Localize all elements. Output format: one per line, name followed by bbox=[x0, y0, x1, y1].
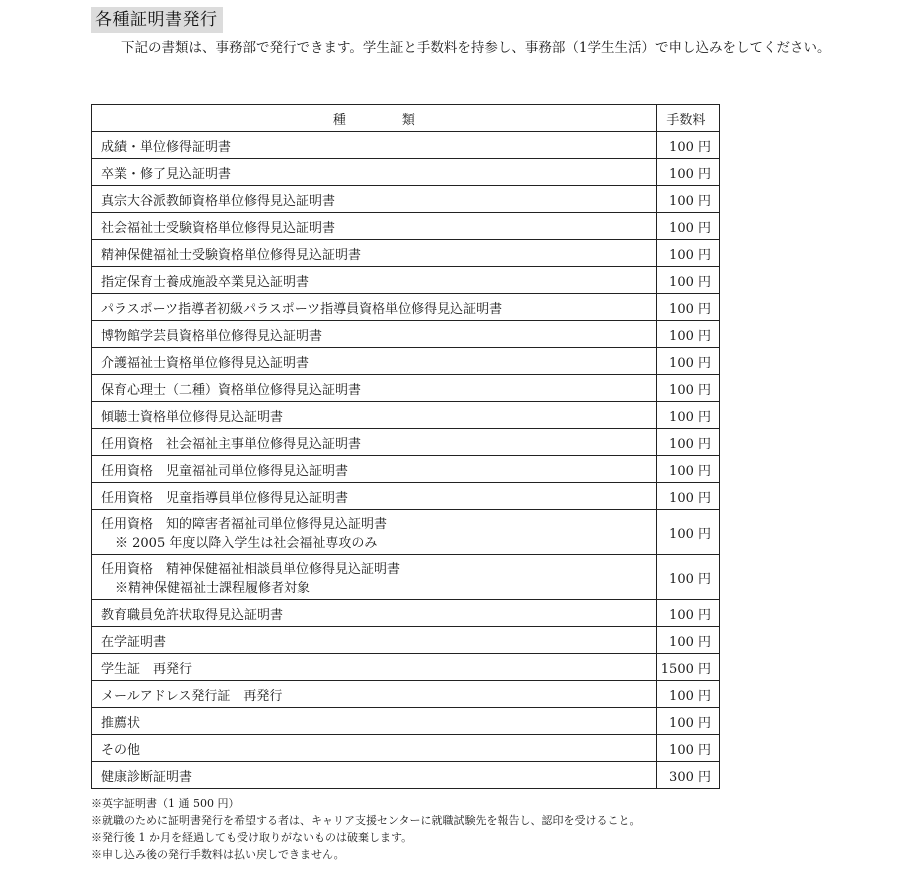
fee-cell: 100 円 bbox=[656, 510, 719, 555]
document-name: その他 bbox=[101, 743, 140, 758]
table-row: メールアドレス発行証 再発行100 円 bbox=[92, 681, 720, 708]
table-row: 任用資格 児童指導員単位修得見込証明書100 円 bbox=[92, 483, 720, 510]
document-name: 精神保健福祉士受験資格単位修得見込証明書 bbox=[101, 248, 361, 263]
table-row: 任用資格 精神保健福祉相談員単位修得見込証明書※精神保健福祉士課程履修者対象10… bbox=[92, 555, 720, 600]
document-name: 推薦状 bbox=[101, 716, 140, 731]
document-type-cell: 卒業・修了見込証明書 bbox=[92, 159, 657, 186]
document-type-cell: 教育職員免許状取得見込証明書 bbox=[92, 600, 657, 627]
document-type-cell: 社会福祉士受験資格単位修得見込証明書 bbox=[92, 213, 657, 240]
document-type-cell: 健康診断証明書 bbox=[92, 762, 657, 789]
header-fee: 手数料 bbox=[656, 105, 719, 132]
document-type-cell: 成績・単位修得証明書 bbox=[92, 132, 657, 159]
document-type-cell: その他 bbox=[92, 735, 657, 762]
fee-cell: 300 円 bbox=[656, 762, 719, 789]
fee-cell: 100 円 bbox=[656, 348, 719, 375]
document-type-cell: メールアドレス発行証 再発行 bbox=[92, 681, 657, 708]
fee-cell: 100 円 bbox=[656, 294, 719, 321]
fee-cell: 100 円 bbox=[656, 735, 719, 762]
table-row: 精神保健福祉士受験資格単位修得見込証明書100 円 bbox=[92, 240, 720, 267]
document-name: 介護福祉士資格単位修得見込証明書 bbox=[101, 356, 309, 371]
table-row: 健康診断証明書300 円 bbox=[92, 762, 720, 789]
fee-cell: 100 円 bbox=[656, 402, 719, 429]
document-name: 保育心理士（二種）資格単位修得見込証明書 bbox=[101, 383, 361, 398]
footnotes: ※英字証明書（1 通 500 円）※就職のために証明書発行を希望する者は、キャリ… bbox=[91, 795, 641, 863]
fee-cell: 100 円 bbox=[656, 267, 719, 294]
document-type-cell: 推薦状 bbox=[92, 708, 657, 735]
fee-cell: 100 円 bbox=[656, 555, 719, 600]
fee-cell: 100 円 bbox=[656, 213, 719, 240]
document-name: メールアドレス発行証 再発行 bbox=[101, 689, 282, 704]
footnote: ※発行後 1 か月を経過しても受け取りがないものは破棄します。 bbox=[91, 829, 641, 846]
intro-text: 下記の書類は、事務部で発行できます。学生証と手数料を持参し、事務部（1学生生活）… bbox=[107, 38, 832, 59]
document-name: パラスポーツ指導者初級パラスポーツ指導員資格単位修得見込証明書 bbox=[101, 302, 502, 317]
document-type-cell: 指定保育士養成施設卒業見込証明書 bbox=[92, 267, 657, 294]
document-name: 学生証 再発行 bbox=[101, 662, 192, 677]
document-type-cell: 保育心理士（二種）資格単位修得見込証明書 bbox=[92, 375, 657, 402]
document-type-cell: 学生証 再発行 bbox=[92, 654, 657, 681]
document-name: 教育職員免許状取得見込証明書 bbox=[101, 608, 283, 623]
document-type-cell: 任用資格 精神保健福祉相談員単位修得見込証明書※精神保健福祉士課程履修者対象 bbox=[92, 555, 657, 600]
fee-cell: 1500 円 bbox=[656, 654, 719, 681]
document-type-cell: 任用資格 児童指導員単位修得見込証明書 bbox=[92, 483, 657, 510]
document-note: ※精神保健福祉士課程履修者対象 bbox=[101, 577, 647, 596]
fee-cell: 100 円 bbox=[656, 708, 719, 735]
document-name: 在学証明書 bbox=[101, 635, 166, 650]
document-name: 卒業・修了見込証明書 bbox=[101, 167, 231, 182]
table-row: 社会福祉士受験資格単位修得見込証明書100 円 bbox=[92, 213, 720, 240]
document-note: ※ 2005 年度以降入学生は社会福祉専攻のみ bbox=[101, 532, 647, 551]
table-row: 任用資格 知的障害者福祉司単位修得見込証明書※ 2005 年度以降入学生は社会福… bbox=[92, 510, 720, 555]
table-row: 成績・単位修得証明書100 円 bbox=[92, 132, 720, 159]
table-row: 博物館学芸員資格単位修得見込証明書100 円 bbox=[92, 321, 720, 348]
document-name: 成績・単位修得証明書 bbox=[101, 140, 231, 155]
table-row: 推薦状100 円 bbox=[92, 708, 720, 735]
footnote: ※申し込み後の発行手数料は払い戻しできません。 bbox=[91, 846, 641, 863]
document-type-cell: 博物館学芸員資格単位修得見込証明書 bbox=[92, 321, 657, 348]
fee-table: 種類 手数料 成績・単位修得証明書100 円卒業・修了見込証明書100 円真宗大… bbox=[91, 104, 720, 789]
document-type-cell: 任用資格 社会福祉主事単位修得見込証明書 bbox=[92, 429, 657, 456]
document-type-cell: 真宗大谷派教師資格単位修得見込証明書 bbox=[92, 186, 657, 213]
table-row: 学生証 再発行1500 円 bbox=[92, 654, 720, 681]
document-type-cell: 任用資格 児童福祉司単位修得見込証明書 bbox=[92, 456, 657, 483]
document-type-cell: 在学証明書 bbox=[92, 627, 657, 654]
document-name: 傾聴士資格単位修得見込証明書 bbox=[101, 410, 283, 425]
fee-cell: 100 円 bbox=[656, 456, 719, 483]
footnote: ※就職のために証明書発行を希望する者は、キャリア支援センターに就職試験先を報告し… bbox=[91, 812, 641, 829]
fee-cell: 100 円 bbox=[656, 681, 719, 708]
document-name: 社会福祉士受験資格単位修得見込証明書 bbox=[101, 221, 335, 236]
document-name: 任用資格 精神保健福祉相談員単位修得見込証明書 bbox=[101, 562, 400, 577]
table-row: 傾聴士資格単位修得見込証明書100 円 bbox=[92, 402, 720, 429]
fee-cell: 100 円 bbox=[656, 321, 719, 348]
table-row: 介護福祉士資格単位修得見込証明書100 円 bbox=[92, 348, 720, 375]
fee-cell: 100 円 bbox=[656, 600, 719, 627]
document-type-cell: 傾聴士資格単位修得見込証明書 bbox=[92, 402, 657, 429]
table-row: 任用資格 社会福祉主事単位修得見込証明書100 円 bbox=[92, 429, 720, 456]
table-row: 指定保育士養成施設卒業見込証明書100 円 bbox=[92, 267, 720, 294]
document-name: 博物館学芸員資格単位修得見込証明書 bbox=[101, 329, 322, 344]
document-type-cell: 精神保健福祉士受験資格単位修得見込証明書 bbox=[92, 240, 657, 267]
table-row: 教育職員免許状取得見込証明書100 円 bbox=[92, 600, 720, 627]
fee-cell: 100 円 bbox=[656, 186, 719, 213]
fee-cell: 100 円 bbox=[656, 240, 719, 267]
fee-cell: 100 円 bbox=[656, 429, 719, 456]
fee-cell: 100 円 bbox=[656, 375, 719, 402]
table-row: 任用資格 児童福祉司単位修得見込証明書100 円 bbox=[92, 456, 720, 483]
table-row: 保育心理士（二種）資格単位修得見込証明書100 円 bbox=[92, 375, 720, 402]
document-type-cell: パラスポーツ指導者初級パラスポーツ指導員資格単位修得見込証明書 bbox=[92, 294, 657, 321]
page-title: 各種証明書発行 bbox=[91, 7, 223, 33]
table-row: 在学証明書100 円 bbox=[92, 627, 720, 654]
footnote: ※英字証明書（1 通 500 円） bbox=[91, 795, 641, 812]
document-name: 指定保育士養成施設卒業見込証明書 bbox=[101, 275, 309, 290]
table-header-row: 種類 手数料 bbox=[92, 105, 720, 132]
fee-cell: 100 円 bbox=[656, 159, 719, 186]
table-row: 卒業・修了見込証明書100 円 bbox=[92, 159, 720, 186]
document-type-cell: 介護福祉士資格単位修得見込証明書 bbox=[92, 348, 657, 375]
document-name: 任用資格 児童福祉司単位修得見込証明書 bbox=[101, 464, 348, 479]
document-name: 真宗大谷派教師資格単位修得見込証明書 bbox=[101, 194, 335, 209]
fee-cell: 100 円 bbox=[656, 132, 719, 159]
header-kind: 種類 bbox=[92, 105, 657, 132]
table-row: 真宗大谷派教師資格単位修得見込証明書100 円 bbox=[92, 186, 720, 213]
document-name: 健康診断証明書 bbox=[101, 770, 192, 785]
document-name: 任用資格 社会福祉主事単位修得見込証明書 bbox=[101, 437, 361, 452]
table-row: パラスポーツ指導者初級パラスポーツ指導員資格単位修得見込証明書100 円 bbox=[92, 294, 720, 321]
document-name: 任用資格 児童指導員単位修得見込証明書 bbox=[101, 491, 348, 506]
fee-cell: 100 円 bbox=[656, 627, 719, 654]
fee-cell: 100 円 bbox=[656, 483, 719, 510]
table-row: その他100 円 bbox=[92, 735, 720, 762]
document-name: 任用資格 知的障害者福祉司単位修得見込証明書 bbox=[101, 517, 387, 532]
document-type-cell: 任用資格 知的障害者福祉司単位修得見込証明書※ 2005 年度以降入学生は社会福… bbox=[92, 510, 657, 555]
